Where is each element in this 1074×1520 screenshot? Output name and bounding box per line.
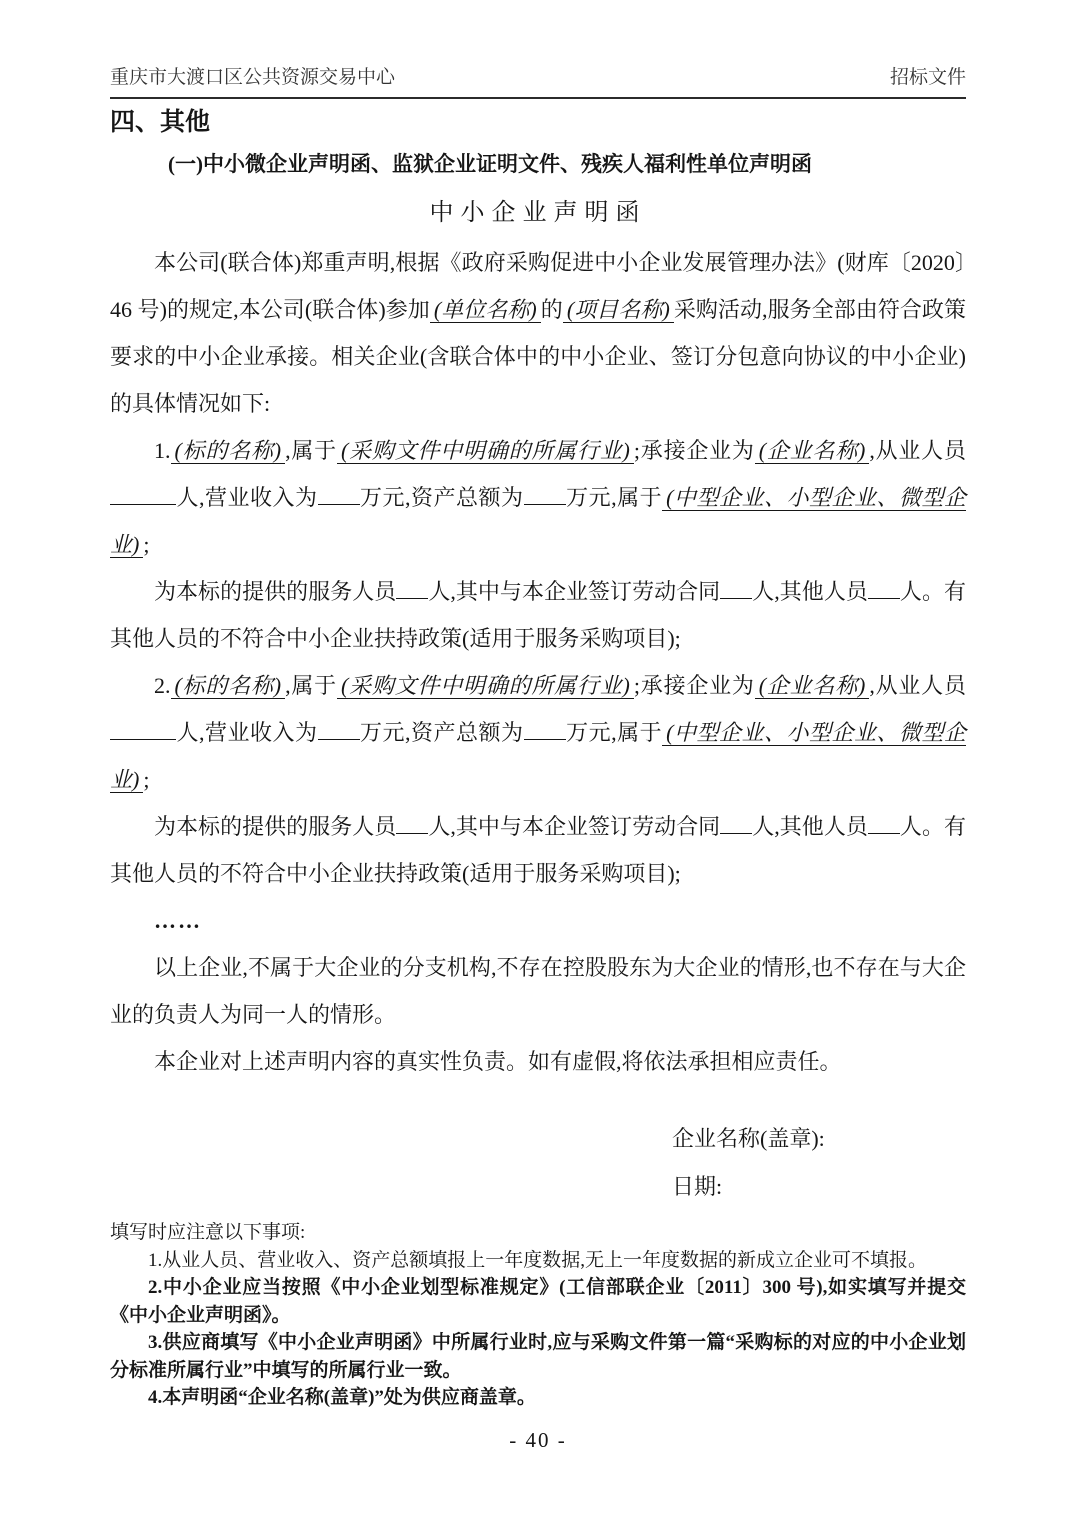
placeholder-company-name: (企业名称) bbox=[755, 673, 870, 699]
item-text: 万元,资产总额为 bbox=[360, 485, 524, 510]
service-text: 人,其中与本企业签订劳动合同 bbox=[428, 579, 720, 604]
service-text: 为本标的提供的服务人员 bbox=[154, 814, 396, 839]
blank-revenue bbox=[318, 483, 360, 505]
blank-employee-count bbox=[110, 718, 176, 740]
closing-paragraph-1: 以上企业,不属于大企业的分支机构,不存在控股股东为大企业的情形,也不存在与大企业… bbox=[110, 944, 966, 1038]
company-seal-label: 企业名称(盖章): bbox=[672, 1115, 966, 1163]
placeholder-industry: (采购文件中明确的所属行业) bbox=[337, 438, 634, 464]
blank-total-assets bbox=[524, 483, 566, 505]
subsection-heading: (一)中小微企业声明函、监狱企业证明文件、残疾人福利性单位声明函 bbox=[110, 149, 966, 179]
service-text: 人,其他人员 bbox=[752, 814, 868, 839]
item-2-service-paragraph: 为本标的提供的服务人员人,其中与本企业签订劳动合同人,其他人员人。有其他人员的不… bbox=[110, 803, 966, 897]
item-text: ; bbox=[143, 532, 149, 557]
blank-total-assets bbox=[524, 718, 566, 740]
item-text: ;承接企业为 bbox=[634, 438, 755, 463]
item-number: 1. bbox=[154, 438, 171, 463]
document-page: 重庆市大渡口区公共资源交易中心 招标文件 四、其他 (一)中小微企业声明函、监狱… bbox=[0, 0, 1074, 1520]
blank-revenue bbox=[318, 718, 360, 740]
section-heading: 四、其他 bbox=[110, 107, 966, 139]
item-number: 2. bbox=[154, 673, 171, 698]
item-text: ,属于 bbox=[285, 673, 337, 698]
item-2-paragraph: 2.(标的名称),属于(采购文件中明确的所属行业);承接企业为(企业名称),从业… bbox=[110, 662, 966, 803]
note-1: 1.从业人员、营业收入、资产总额填报上一年度数据,无上一年度数据的新成立企业可不… bbox=[110, 1247, 966, 1275]
item-text: 人,营业收入为 bbox=[176, 485, 318, 510]
item-1-paragraph: 1.(标的名称),属于(采购文件中明确的所属行业);承接企业为(企业名称),从业… bbox=[110, 427, 966, 568]
date-label: 日期: bbox=[672, 1163, 966, 1211]
item-1-service-paragraph: 为本标的提供的服务人员人,其中与本企业签订劳动合同人,其他人员人。有其他人员的不… bbox=[110, 568, 966, 662]
header-org-name: 重庆市大渡口区公共资源交易中心 bbox=[110, 66, 395, 90]
ellipsis-line: …… bbox=[110, 897, 966, 944]
service-text: 为本标的提供的服务人员 bbox=[154, 579, 396, 604]
item-text: ,从业人员 bbox=[869, 438, 966, 463]
item-text: ; bbox=[143, 767, 149, 792]
closing-paragraph-2: 本企业对上述声明内容的真实性负责。如有虚假,将依法承担相应责任。 bbox=[110, 1038, 966, 1085]
placeholder-subject-name: (标的名称) bbox=[171, 438, 286, 464]
notes-intro: 填写时应注意以下事项: bbox=[110, 1219, 966, 1247]
placeholder-company-name: (企业名称) bbox=[755, 438, 870, 464]
service-text: 人,其他人员 bbox=[752, 579, 868, 604]
item-text: 万元,属于 bbox=[566, 720, 663, 745]
note-4: 4.本声明函“企业名称(盖章)”处为供应商盖章。 bbox=[110, 1384, 966, 1412]
intro-paragraph: 本公司(联合体)郑重声明,根据《政府采购促进中小企业发展管理办法》(财库〔202… bbox=[110, 239, 966, 427]
note-3: 3.供应商填写《中小企业声明函》中所属行业时,应与采购文件第一篇“采购标的对应的… bbox=[110, 1329, 966, 1384]
blank-other-staff bbox=[868, 577, 900, 599]
service-text: 人,其中与本企业签订劳动合同 bbox=[428, 814, 720, 839]
item-text: 万元,资产总额为 bbox=[360, 720, 524, 745]
blank-employee-count bbox=[110, 483, 176, 505]
placeholder-industry: (采购文件中明确的所属行业) bbox=[337, 673, 634, 699]
placeholder-project-name: (项目名称) bbox=[563, 297, 674, 323]
item-text: ,从业人员 bbox=[869, 673, 966, 698]
note-2: 2.中小企业应当按照《中小企业划型标准规定》(工信部联企业〔2011〕300 号… bbox=[110, 1274, 966, 1329]
page-number: - 40 - bbox=[110, 1428, 966, 1453]
blank-other-staff bbox=[868, 812, 900, 834]
notes-section: 填写时应注意以下事项: 1.从业人员、营业收入、资产总额填报上一年度数据,无上一… bbox=[110, 1219, 966, 1412]
blank-service-staff bbox=[396, 577, 428, 599]
blank-labor-contract bbox=[720, 812, 752, 834]
document-title: 中小企业声明函 bbox=[110, 197, 966, 229]
item-text: 万元,属于 bbox=[566, 485, 663, 510]
placeholder-subject-name: (标的名称) bbox=[171, 673, 286, 699]
item-text: 人,营业收入为 bbox=[176, 720, 318, 745]
item-text: ;承接企业为 bbox=[634, 673, 755, 698]
signature-block: 企业名称(盖章): 日期: bbox=[672, 1115, 966, 1211]
page-header: 重庆市大渡口区公共资源交易中心 招标文件 bbox=[110, 66, 966, 99]
header-doc-type: 招标文件 bbox=[890, 66, 966, 90]
blank-service-staff bbox=[396, 812, 428, 834]
blank-labor-contract bbox=[720, 577, 752, 599]
intro-text: 的 bbox=[541, 297, 563, 322]
placeholder-unit-name: (单位名称) bbox=[430, 297, 541, 323]
item-text: ,属于 bbox=[285, 438, 337, 463]
